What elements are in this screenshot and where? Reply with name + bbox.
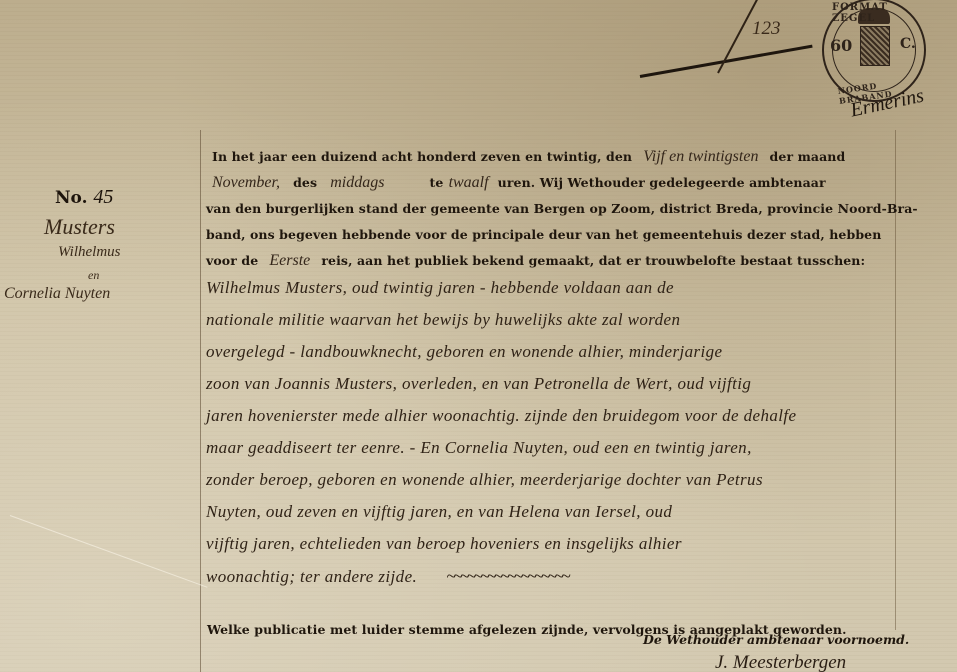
scanned-document-page: 123 FORMAT ZEGEL 60 C. NOORD BRABAND Erm… xyxy=(0,0,957,672)
body-line-14: vijftig jaren, echtelieden van beroep ho… xyxy=(206,534,682,564)
printed-text: band, ons begeven hebbende voor de princ… xyxy=(206,227,881,242)
body-line-7: nationale militie waarvan het bewijs by … xyxy=(206,310,680,340)
coat-of-arms-icon xyxy=(860,26,890,66)
record-number-prefix: No. xyxy=(55,188,88,208)
record-number-value: 45 xyxy=(93,186,113,208)
stamp-value: 60 xyxy=(830,36,852,55)
stamp-top-text: FORMAT ZEGEL xyxy=(832,2,924,24)
body-line-12: zonder beroep, geboren en wonende alhier… xyxy=(206,470,763,500)
official-closing: De Wethouder ambtenaar voornoemd. xyxy=(643,632,909,647)
printed-text: van den burgerlijken stand der gemeente … xyxy=(206,201,918,216)
printed-text: In het jaar een duizend acht honderd zev… xyxy=(212,149,632,164)
margin-given-name: Wilhelmus xyxy=(58,244,121,261)
printed-text: uren. Wij Wethouder gedelegeerde ambtena… xyxy=(498,175,826,190)
body-line-13: Nuyten, oud zeven en vijftig jaren, en v… xyxy=(206,502,672,532)
handwritten-entry: woonachtig; ter andere zijde. xyxy=(206,567,417,586)
body-line-8: overgelegd - landbouwknecht, geboren en … xyxy=(206,342,722,372)
body-line-10: jaren hovenierster mede alhier woonachti… xyxy=(206,406,796,436)
printed-text: voor de xyxy=(206,253,258,268)
printed-text: der maand xyxy=(770,149,846,164)
record-number: No. 45 xyxy=(55,186,113,209)
paper-scratch xyxy=(10,515,208,588)
margin-surname: Musters xyxy=(44,214,115,240)
handwritten-entry: twaalf xyxy=(449,174,489,191)
closing-flourish: ~~~~~~~~~~~~~~~~~~ xyxy=(446,566,567,586)
handwritten-entry: Vijf en twintigsten xyxy=(643,148,758,165)
printed-text: reis, aan het publiek bekend gemaakt, da… xyxy=(321,253,865,268)
stamp-unit: C. xyxy=(900,36,916,52)
margin-connector: en xyxy=(88,268,99,283)
printed-text: des xyxy=(293,175,317,190)
handwritten-entry: November, xyxy=(212,174,280,191)
printed-text: te xyxy=(430,175,444,190)
body-line-9: zoon van Joannis Musters, overleden, en … xyxy=(206,374,751,404)
margin-bride-name: Cornelia Nuyten xyxy=(4,285,110,303)
official-signature: J. Meesterbergen xyxy=(715,652,846,672)
body-line-5: voor de Eerste reis, aan het publiek bek… xyxy=(206,250,865,280)
folio-stroke xyxy=(640,45,813,78)
margin-rule-left xyxy=(200,130,201,672)
folio-number: 123 xyxy=(752,18,781,40)
handwritten-entry: Eerste xyxy=(269,252,310,269)
handwritten-entry: middags xyxy=(330,174,384,191)
body-line-15: woonachtig; ter andere zijde. ~~~~~~~~~~… xyxy=(206,566,568,596)
body-line-6: Wilhelmus Musters, oud twintig jaren - h… xyxy=(206,278,674,308)
body-line-11: maar geaddiseert ter eenre. - En Corneli… xyxy=(206,438,752,468)
